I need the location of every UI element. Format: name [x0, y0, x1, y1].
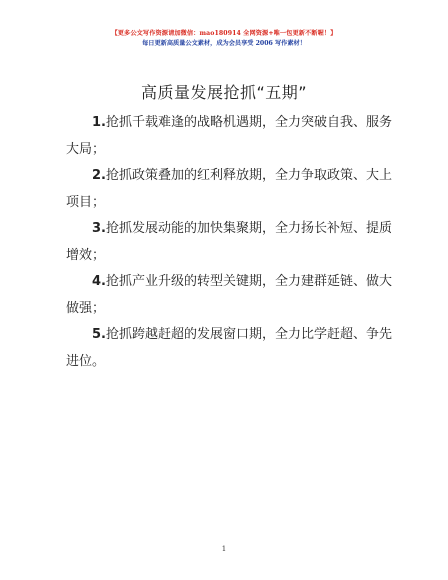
list-item: 4.抢抓产业升级的转型关键期，全力建群延链、做大做强；: [66, 269, 392, 322]
item-number: 5.: [92, 327, 106, 342]
item-text: 抢抓政策叠加的红利释放期，全力争取政策、大上项目；: [66, 168, 392, 210]
document-title: 高质量发展抢抓“五期”: [0, 80, 448, 103]
document-body: 1.抢抓千载难逢的战略机遇期，全力突破自我、服务大局； 2.抢抓政策叠加的红利释…: [66, 110, 392, 375]
list-item: 1.抢抓千载难逢的战略机遇期，全力突破自我、服务大局；: [66, 110, 392, 163]
item-text: 抢抓产业升级的转型关键期，全力建群延链、做大做强；: [66, 274, 392, 316]
page-number: 1: [0, 545, 448, 553]
list-item: 3.抢抓发展动能的加快集聚期，全力扬长补短、提质增效；: [66, 216, 392, 269]
item-number: 4.: [92, 274, 106, 289]
item-number: 3.: [92, 221, 106, 236]
item-number: 2.: [92, 168, 106, 183]
item-text: 抢抓跨越赶超的发展窗口期，全力比学赶超、争先进位。: [66, 327, 392, 369]
promo-banner-line-1: 【更多公文写作资源请加微信：mao180914 全网资源+唯一包更新不断喔！】: [0, 29, 448, 39]
item-number: 1.: [92, 115, 106, 130]
item-text: 抢抓千载难逢的战略机遇期，全力突破自我、服务大局；: [66, 115, 392, 157]
list-item: 2.抢抓政策叠加的红利释放期，全力争取政策、大上项目；: [66, 163, 392, 216]
promo-banner: 【更多公文写作资源请加微信：mao180914 全网资源+唯一包更新不断喔！】 …: [0, 29, 448, 49]
item-text: 抢抓发展动能的加快集聚期，全力扬长补短、提质增效；: [66, 221, 392, 263]
list-item: 5.抢抓跨越赶超的发展窗口期，全力比学赶超、争先进位。: [66, 322, 392, 375]
promo-banner-line-2: 每日更新高质量公文素材，成为会员享受 2006 写作素材！: [0, 39, 448, 49]
